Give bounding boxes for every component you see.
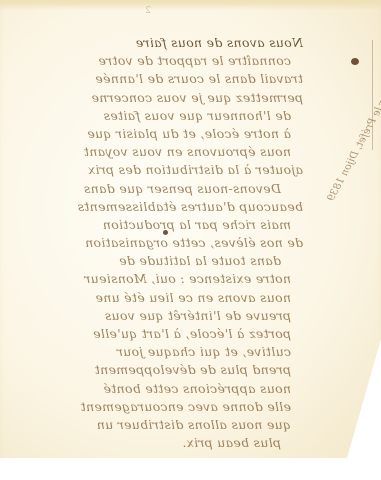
text-line: dans toute la latitude de [3,252,303,270]
letter-body: Nous avons de nous faire connaître le ra… [3,34,303,452]
text-line: de nos élèves, cette organisation [3,234,303,252]
text-line: nous apprécions cette bonté [3,380,303,398]
text-line: ajouter à la distribution des prix [3,161,303,179]
text-line: nous avons en ce lieu été une [3,289,303,307]
text-line: nous éprouvons en vous voyant [3,143,303,161]
text-line: à notre école, et du plaisir que [3,125,303,143]
text-line: mais riche par la production [3,216,303,234]
text-line: prend plus de développement [3,361,303,379]
text-line: cultive, et qui chaque jour [3,343,303,361]
text-line: beaucoup d'autres établissements [3,198,303,216]
text-line: Nous avons de nous faire [3,34,303,52]
text-line: elle donne avec encouragement [3,398,303,416]
text-line: de l'honneur que vous faites [3,107,303,125]
text-line: permettez que je vous concerne [3,89,303,107]
page-number: 2 [145,6,151,16]
ink-blot [163,230,168,235]
ink-blot [351,58,359,65]
text-line: notre existence : oui, Monsieur [3,270,303,288]
text-line: portez à l'école, à l'art qu'elle [3,325,303,343]
mirrored-text-layer: 2 Nous avons de nous faire connaître le … [0,0,381,458]
manuscript-page: 2 Nous avons de nous faire connaître le … [0,0,381,458]
text-line: Devons-nous penser que dans [3,180,303,198]
text-line: connaître le rapport de votre [3,52,303,70]
text-line: plus beau prix. [3,434,303,452]
text-line: preuve de l'intérêt que vous [3,307,303,325]
text-line: que nous allons distribuer un [3,416,303,434]
text-line: travail dans le cours de l'année [3,70,303,88]
